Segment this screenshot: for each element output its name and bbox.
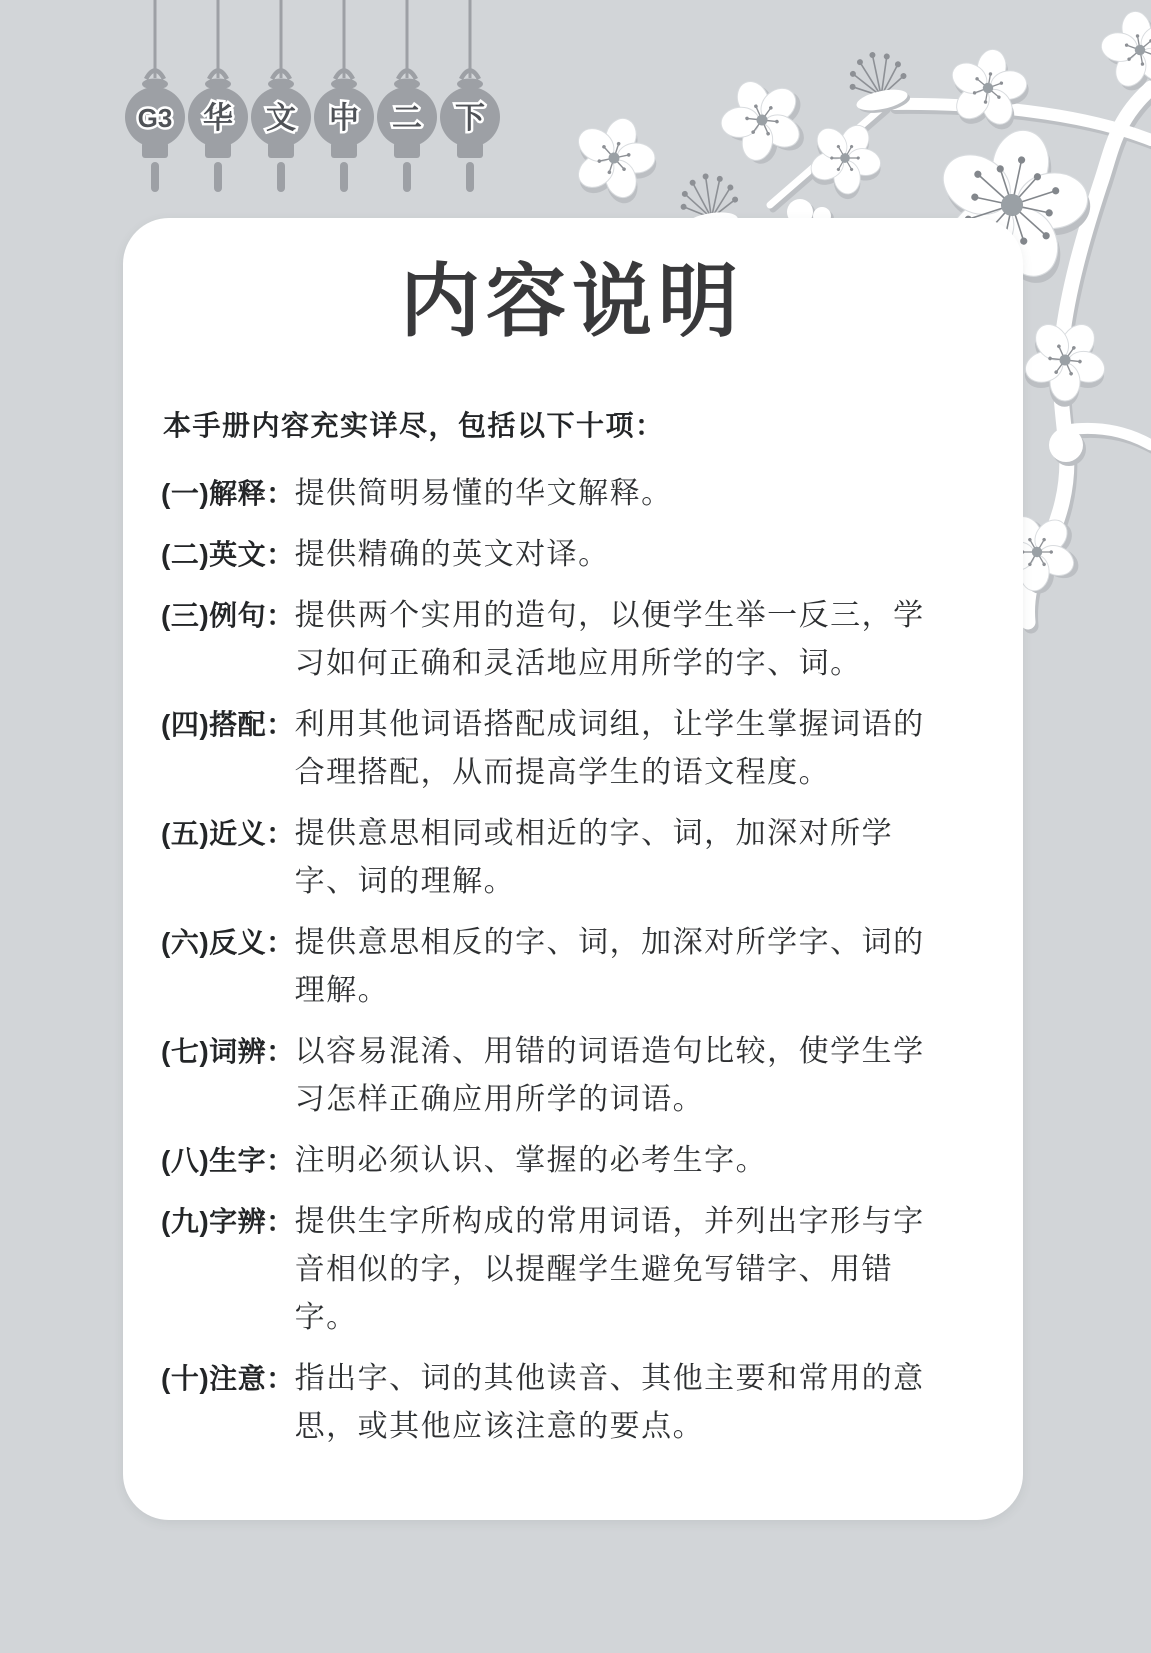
item-description: 提供两个实用的造句，以便学生举一反三，学 习如何正确和灵活地应用所学的字、词。 xyxy=(295,592,925,688)
item-description: 指出字、词的其他读音、其他主要和常用的意 思，或其他应该注意的要点。 xyxy=(295,1355,925,1451)
lantern: 下 xyxy=(440,0,500,192)
item-description: 提供意思相反的字、词，加深对所学字、词的 理解。 xyxy=(295,919,925,1015)
list-item: (五)近义： 提供意思相同或相近的字、词，加深对所学 字、词的理解。 xyxy=(161,810,983,906)
blossom xyxy=(791,108,898,215)
lantern: 华 xyxy=(188,0,248,192)
item-description: 提供意思相同或相近的字、词，加深对所学 字、词的理解。 xyxy=(295,810,894,906)
item-description: 利用其他词语搭配成词组，让学生掌握词语的 合理搭配，从而提高学生的语文程度。 xyxy=(295,701,925,797)
content-card: 内容说明 本手册内容充实详尽，包括以下十项： (一)解释： 提供简明易懂的华文解… xyxy=(123,218,1023,1520)
item-label: (八)生字： xyxy=(161,1137,295,1185)
list-item: (十)注意： 指出字、词的其他读音、其他主要和常用的意 思，或其他应该注意的要点… xyxy=(161,1355,983,1451)
item-label: (五)近义： xyxy=(161,810,295,858)
blossom xyxy=(705,64,823,181)
lantern: 中 xyxy=(314,0,374,192)
lantern: G3 xyxy=(125,0,185,192)
list-item: (八)生字： 注明必须认识、掌握的必考生字。 xyxy=(161,1137,983,1185)
lantern: 二 xyxy=(377,0,437,192)
item-label: (一)解释： xyxy=(161,470,295,518)
item-list: (一)解释： 提供简明易懂的华文解释。 (二)英文： 提供精确的英文对译。 (三… xyxy=(161,470,983,1451)
item-description: 以容易混淆、用错的词语造句比较，使学生学 习怎样正确应用所学的词语。 xyxy=(295,1028,925,1124)
lantern-text: G3 xyxy=(138,103,173,133)
item-label: (二)英文： xyxy=(161,531,295,579)
item-label: (十)注意： xyxy=(161,1355,295,1403)
list-item: (一)解释： 提供简明易懂的华文解释。 xyxy=(161,470,983,518)
lantern: 文 xyxy=(251,0,311,192)
lantern-banner: G3 华 文 中 二 xyxy=(0,0,560,230)
list-item: (四)搭配： 利用其他词语搭配成词组，让学生掌握词语的 合理搭配，从而提高学生的… xyxy=(161,701,983,797)
item-label: (三)例句： xyxy=(161,592,295,640)
item-label: (四)搭配： xyxy=(161,701,295,749)
item-description: 注明必须认识、掌握的必考生字。 xyxy=(295,1137,768,1185)
item-label: (九)字辨： xyxy=(161,1198,295,1246)
list-item: (六)反义： 提供意思相反的字、词，加深对所学字、词的 理解。 xyxy=(161,919,983,1015)
list-item: (九)字辨： 提供生字所构成的常用词语，并列出字形与字 音相似的字，以提醒学生避… xyxy=(161,1198,983,1342)
list-item: (七)词辨： 以容易混淆、用错的词语造句比较，使学生学 习怎样正确应用所学的词语… xyxy=(161,1028,983,1124)
item-description: 提供生字所构成的常用词语，并列出字形与字 音相似的字，以提醒学生避免写错字、用错… xyxy=(295,1198,925,1342)
item-description: 提供简明易懂的华文解释。 xyxy=(295,470,673,518)
lantern-text: 下 xyxy=(455,102,485,135)
list-item: (三)例句： 提供两个实用的造句，以便学生举一反三，学 习如何正确和灵活地应用所… xyxy=(161,592,983,688)
page-title: 内容说明 xyxy=(161,256,983,348)
item-label: (六)反义： xyxy=(161,919,295,967)
blossom xyxy=(558,106,671,218)
lantern-text: 二 xyxy=(392,102,422,135)
lantern-text: 中 xyxy=(329,102,359,135)
item-label: (七)词辨： xyxy=(161,1028,295,1076)
lantern-text: 文 xyxy=(266,102,296,135)
list-item: (二)英文： 提供精确的英文对译。 xyxy=(161,531,983,579)
blossom xyxy=(939,42,1038,139)
intro-text: 本手册内容充实详尽，包括以下十项： xyxy=(163,404,983,444)
item-description: 提供精确的英文对译。 xyxy=(295,531,610,579)
lantern-text: 华 xyxy=(203,102,233,135)
